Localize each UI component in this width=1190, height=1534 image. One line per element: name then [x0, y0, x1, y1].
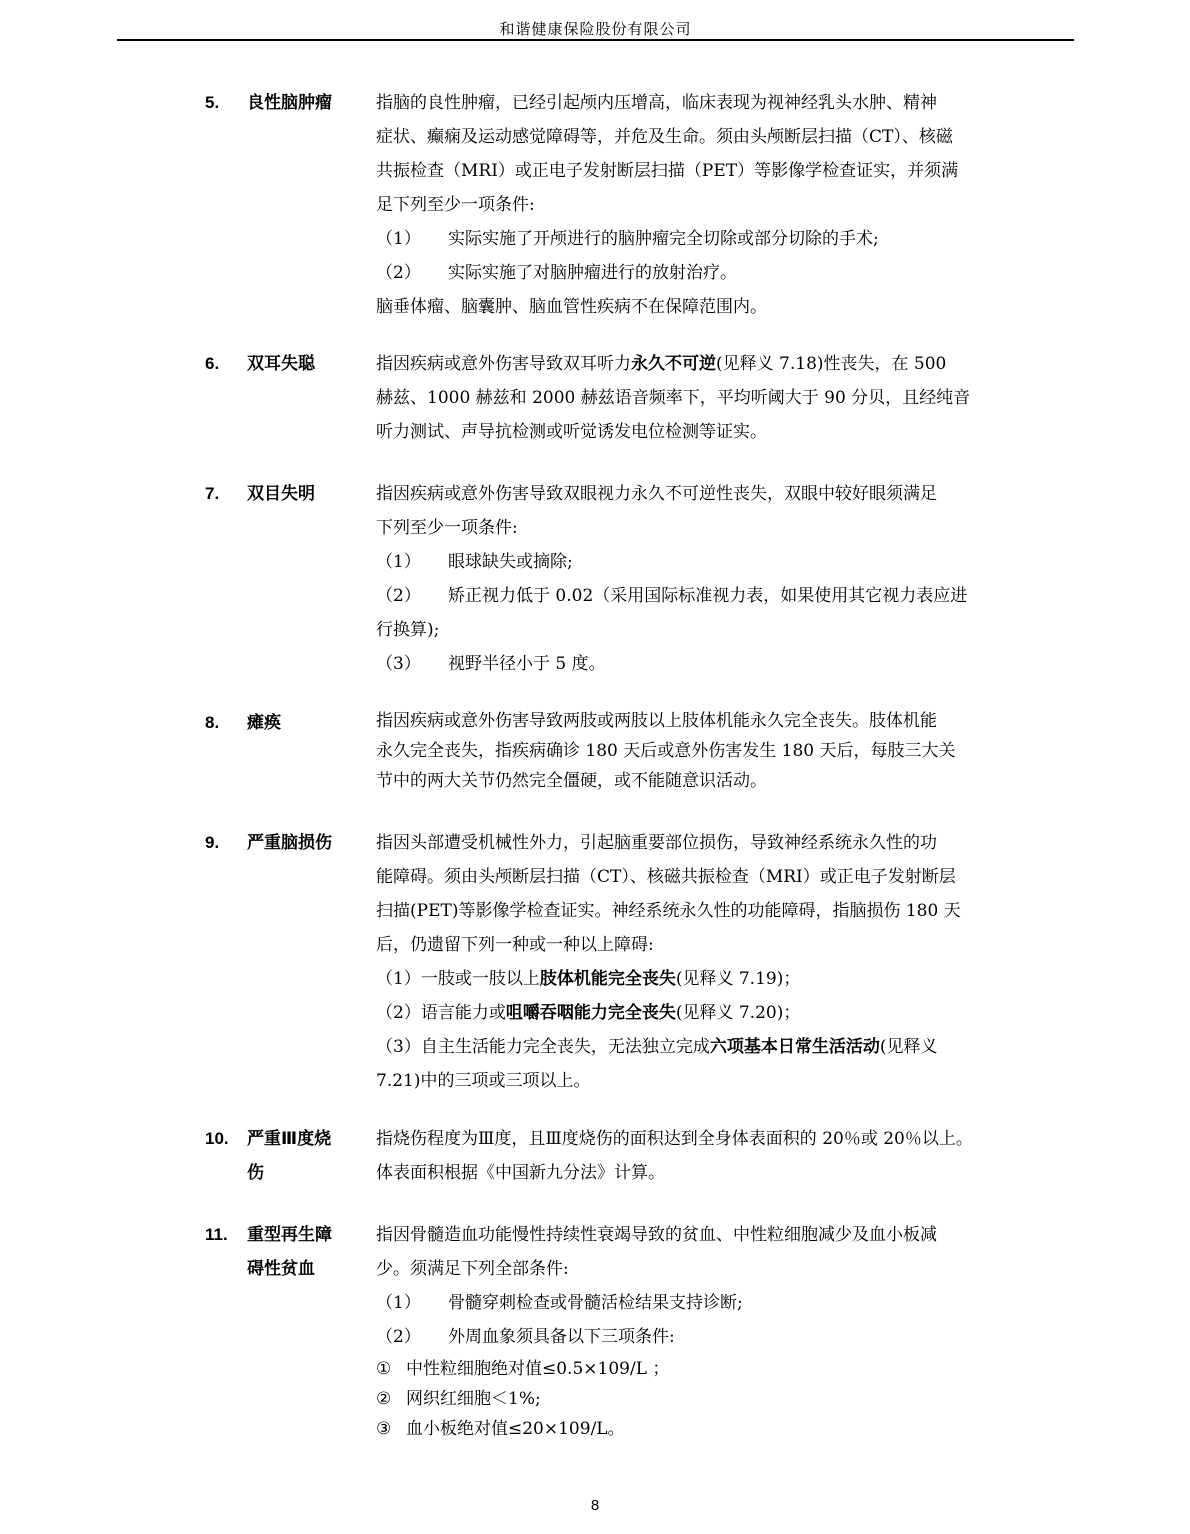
text-run: (见释义 7.20)；	[676, 1003, 801, 1023]
text-run: 自主生活能力完全丧失，无法独立完成	[421, 1037, 710, 1057]
text-run: (见释义 7.19)；	[676, 969, 801, 989]
item-label: （2）	[376, 996, 421, 1030]
body-line: 永久完全丧失，指疾病确诊 180 天后或意外伤害发生 180 天后，每肢三大关	[376, 736, 1078, 766]
header-divider	[117, 39, 1074, 41]
section-number: 11.	[205, 1218, 228, 1252]
item-text: 矫正视力低于 0.02（采用国际标准视力表，如果使用其它视力表应进	[448, 586, 967, 606]
list-item: （3）视野半径小于 5 度。	[376, 647, 1078, 681]
section-body: 指因骨髓造血功能慢性持续性衰竭导致的贫血、中性粒细胞减少及血小板减 少。须满足下…	[376, 1218, 1078, 1444]
item-label: （1）	[376, 545, 448, 579]
section-note: 脑垂体瘤、脑囊肿、脑血管性疾病不在保障范围内。	[376, 290, 1078, 324]
item-text: 外周血象须具备以下三项条件:	[448, 1327, 675, 1347]
section-title: 良性脑肿瘤	[247, 86, 365, 120]
body-line: 能障碍。须由头颅断层扫描（CT）、核磁共振检查（MRI）或正电子发射断层	[376, 860, 1078, 894]
section-title: 严重脑损伤	[247, 826, 365, 860]
body-line: 指因骨髓造血功能慢性持续性衰竭导致的贫血、中性粒细胞减少及血小板减	[376, 1218, 1078, 1252]
section-title: 双目失明	[247, 477, 365, 511]
item-text: 血小板绝对值≤20×109/L。	[406, 1419, 625, 1439]
title-line: 碍性贫血	[247, 1252, 365, 1286]
circled-number: ③	[376, 1414, 406, 1444]
title-line: 重型再生障	[247, 1218, 365, 1252]
section-body: 指因疾病或意外伤害导致双眼视力永久不可逆性丧失，双眼中较好眼须满足 下列至少一项…	[376, 477, 1078, 681]
defined-term: 肢体机能完全丧失	[540, 969, 676, 989]
section-number: 10.	[205, 1122, 229, 1156]
defined-term: 六项基本日常生活活动	[710, 1037, 880, 1057]
section-body: 指因头部遭受机械性外力，引起脑重要部位损伤，导致神经系统永久性的功 能障碍。须由…	[376, 826, 1078, 1098]
item-text: 中性粒细胞绝对值≤0.5×109/L ；	[406, 1359, 669, 1379]
body-line: 指烧伤程度为Ⅲ度，且Ⅲ度烧伤的面积达到全身体表面积的 20％或 20％以上。	[376, 1122, 1078, 1156]
title-line: 严重Ⅲ度烧	[247, 1122, 365, 1156]
item-label: （2）	[376, 256, 448, 290]
defined-term: 咀嚼吞咽能力完全丧失	[506, 1003, 676, 1023]
body-line: 下列至少一项条件:	[376, 511, 1078, 545]
section-body: 指因疾病或意外伤害导致双耳听力永久不可逆(见释义 7.18)性丧失，在 500 …	[376, 347, 1078, 449]
body-line: 足下列至少一项条件:	[376, 188, 1078, 222]
sub-list-item: ③血小板绝对值≤20×109/L。	[376, 1414, 1078, 1444]
list-item: （2）语言能力或咀嚼吞咽能力完全丧失(见释义 7.20)；	[376, 996, 1078, 1030]
item-text: 实际实施了对脑肿瘤进行的放射治疗。	[448, 263, 737, 283]
page-header: 和谐健康保险股份有限公司	[117, 0, 1074, 42]
body-line: 听力测试、声导抗检测或听觉诱发电位检测等证实。	[376, 415, 1078, 449]
item-label: （1）	[376, 962, 421, 996]
body-line: 指因疾病或意外伤害导致双耳听力永久不可逆(见释义 7.18)性丧失，在 500	[376, 347, 1078, 381]
section-title: 严重Ⅲ度烧 伤	[247, 1122, 365, 1190]
item-text: 网织红细胞＜1%;	[406, 1389, 541, 1409]
body-line: 节中的两大关节仍然完全僵硬，或不能随意识活动。	[376, 766, 1078, 796]
section-title: 双耳失聪	[247, 347, 365, 381]
list-item: （3）自主生活能力完全丧失，无法独立完成六项基本日常生活活动(见释义	[376, 1030, 1078, 1064]
item-text: 骨髓穿刺检查或骨髓活检结果支持诊断;	[448, 1293, 743, 1313]
body-line: 共振检查（MRI）或正电子发射断层扫描（PET）等影像学检查证实，并须满	[376, 154, 1078, 188]
body-line: 指因疾病或意外伤害导致双眼视力永久不可逆性丧失，双眼中较好眼须满足	[376, 477, 1078, 511]
section-title: 瘫痪	[247, 706, 365, 740]
circled-number: ①	[376, 1354, 406, 1384]
item-label: （3）	[376, 1030, 421, 1064]
item-text: 实际实施了开颅进行的脑肿瘤完全切除或部分切除的手术;	[448, 229, 879, 249]
list-item: （2）实际实施了对脑肿瘤进行的放射治疗。	[376, 256, 1078, 290]
section-title: 重型再生障 碍性贫血	[247, 1218, 365, 1286]
text-run: 语言能力或	[421, 1003, 506, 1023]
body-line: 症状、癫痫及运动感觉障碍等，并危及生命。须由头颅断层扫描（CT）、核磁	[376, 120, 1078, 154]
list-item-continuation: 7.21)中的三项或三项以上。	[376, 1064, 1078, 1098]
list-item: （1）骨髓穿刺检查或骨髓活检结果支持诊断;	[376, 1286, 1078, 1320]
text-run: (见释义 7.18)性丧失，在 500	[716, 354, 946, 374]
company-name: 和谐健康保险股份有限公司	[117, 18, 1074, 39]
item-label: （2）	[376, 1320, 448, 1354]
section-body: 指脑的良性肿瘤，已经引起颅内压增高，临床表现为视神经乳头水肿、精神 症状、癫痫及…	[376, 86, 1078, 324]
text-run: (见释义	[880, 1037, 938, 1057]
list-item: （2）矫正视力低于 0.02（采用国际标准视力表，如果使用其它视力表应进	[376, 579, 1078, 613]
item-label: （1）	[376, 222, 448, 256]
body-line: 指脑的良性肿瘤，已经引起颅内压增高，临床表现为视神经乳头水肿、精神	[376, 86, 1078, 120]
section-body: 指因疾病或意外伤害导致两肢或两肢以上肢体机能永久完全丧失。肢体机能 永久完全丧失…	[376, 706, 1078, 796]
item-label: （2）	[376, 579, 448, 613]
list-item: （1）实际实施了开颅进行的脑肿瘤完全切除或部分切除的手术;	[376, 222, 1078, 256]
title-line: 伤	[247, 1156, 365, 1190]
circled-number: ②	[376, 1384, 406, 1414]
item-label: （3）	[376, 647, 448, 681]
body-line: 指因头部遭受机械性外力，引起脑重要部位损伤，导致神经系统永久性的功	[376, 826, 1078, 860]
list-item: （1）一肢或一肢以上肢体机能完全丧失(见释义 7.19)；	[376, 962, 1078, 996]
list-item: （2）外周血象须具备以下三项条件:	[376, 1320, 1078, 1354]
section-number: 6.	[205, 347, 219, 381]
sub-list-item: ②网织红细胞＜1%;	[376, 1384, 1078, 1414]
text-run: 指因疾病或意外伤害导致双耳听力	[376, 354, 631, 374]
body-line: 体表面积根据《中国新九分法》计算。	[376, 1156, 1078, 1190]
body-line: 后，仍遗留下列一种或一种以上障碍:	[376, 928, 1078, 962]
section-body: 指烧伤程度为Ⅲ度，且Ⅲ度烧伤的面积达到全身体表面积的 20％或 20％以上。 体…	[376, 1122, 1078, 1190]
body-line: 指因疾病或意外伤害导致两肢或两肢以上肢体机能永久完全丧失。肢体机能	[376, 706, 1078, 736]
section-number: 8.	[205, 706, 219, 740]
section-number: 7.	[205, 477, 219, 511]
list-item-continuation: 行换算);	[376, 613, 1078, 647]
sub-list-item: ①中性粒细胞绝对值≤0.5×109/L ；	[376, 1354, 1078, 1384]
section-number: 5.	[205, 86, 219, 120]
body-line: 少。须满足下列全部条件:	[376, 1252, 1078, 1286]
text-run: 一肢或一肢以上	[421, 969, 540, 989]
body-line: 赫兹、1000 赫兹和 2000 赫兹语音频率下，平均听阈大于 90 分贝，且经…	[376, 381, 1078, 415]
defined-term: 永久不可逆	[631, 354, 716, 374]
section-number: 9.	[205, 826, 219, 860]
item-text: 视野半径小于 5 度。	[448, 654, 606, 674]
item-text: 眼球缺失或摘除;	[448, 552, 573, 572]
body-line: 扫描(PET)等影像学检查证实。神经系统永久性的功能障碍，指脑损伤 180 天	[376, 894, 1078, 928]
item-label: （1）	[376, 1286, 448, 1320]
list-item: （1）眼球缺失或摘除;	[376, 545, 1078, 579]
page-number: 8	[0, 1497, 1190, 1514]
